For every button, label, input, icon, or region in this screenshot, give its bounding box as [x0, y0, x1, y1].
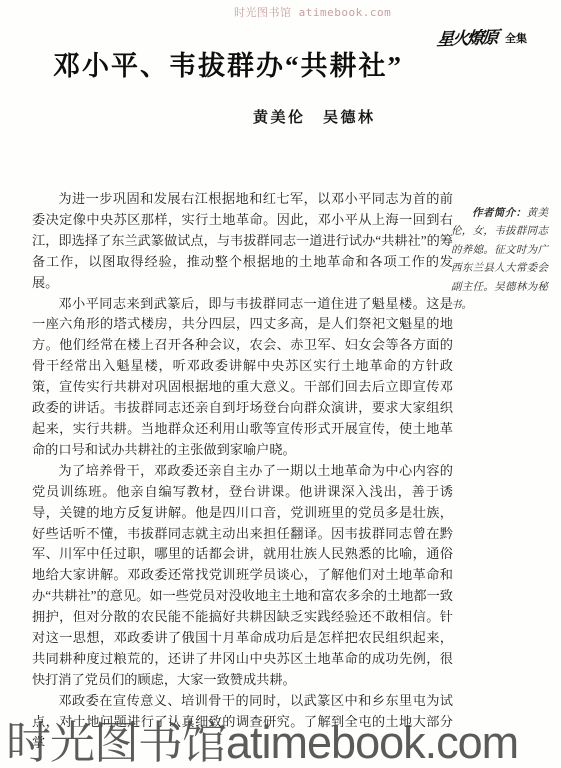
paragraph: 邓小平同志来到武篆后，即与韦拔群同志一道住进了魁星楼。这是一座六角形的塔式楼房，… — [32, 294, 453, 461]
series-suffix-label: 全集 — [505, 30, 527, 46]
watermark-bottom: 时光图书馆atimebook.com — [6, 706, 518, 768]
article-authors: 黄美伦 吴德林 — [253, 106, 376, 127]
scanned-page: 时光图书馆 atimebook.com 星火燎原 全集 邓小平、韦拔群办“共耕社… — [0, 0, 561, 768]
watermark-top: 时光图书馆 atimebook.com — [234, 4, 391, 20]
paragraph: 为了培养骨干，邓政委还亲自主办了一期以土地革命为中心内容的党员训练班。他亲自编写… — [32, 461, 453, 691]
article-title: 邓小平、韦拔群办“共耕社” — [53, 46, 403, 86]
author-bio-text: 黄美伦，女，韦拔群同志的养媳。征文时为广西东兰县人大常委会副主任。吴德林为秘书。 — [451, 208, 548, 311]
paragraph: 为进一步巩固和发展右江根据地和红七军，以邓小平同志为首的前委决定像中央苏区那样，… — [32, 189, 453, 294]
article-body: 为进一步巩固和发展右江根据地和红七军，以邓小平同志为首的前委决定像中央苏区那样，… — [32, 189, 453, 753]
author-bio-label: 作者简介： — [472, 208, 527, 219]
series-colophon: 星火燎原 全集 — [437, 24, 527, 49]
series-calligraphy: 星火燎原 — [436, 23, 498, 50]
author-bio-note: 作者简介：黄美伦，女，韦拔群同志的养媳。征文时为广西东兰县人大常委会副主任。吴德… — [451, 205, 548, 315]
